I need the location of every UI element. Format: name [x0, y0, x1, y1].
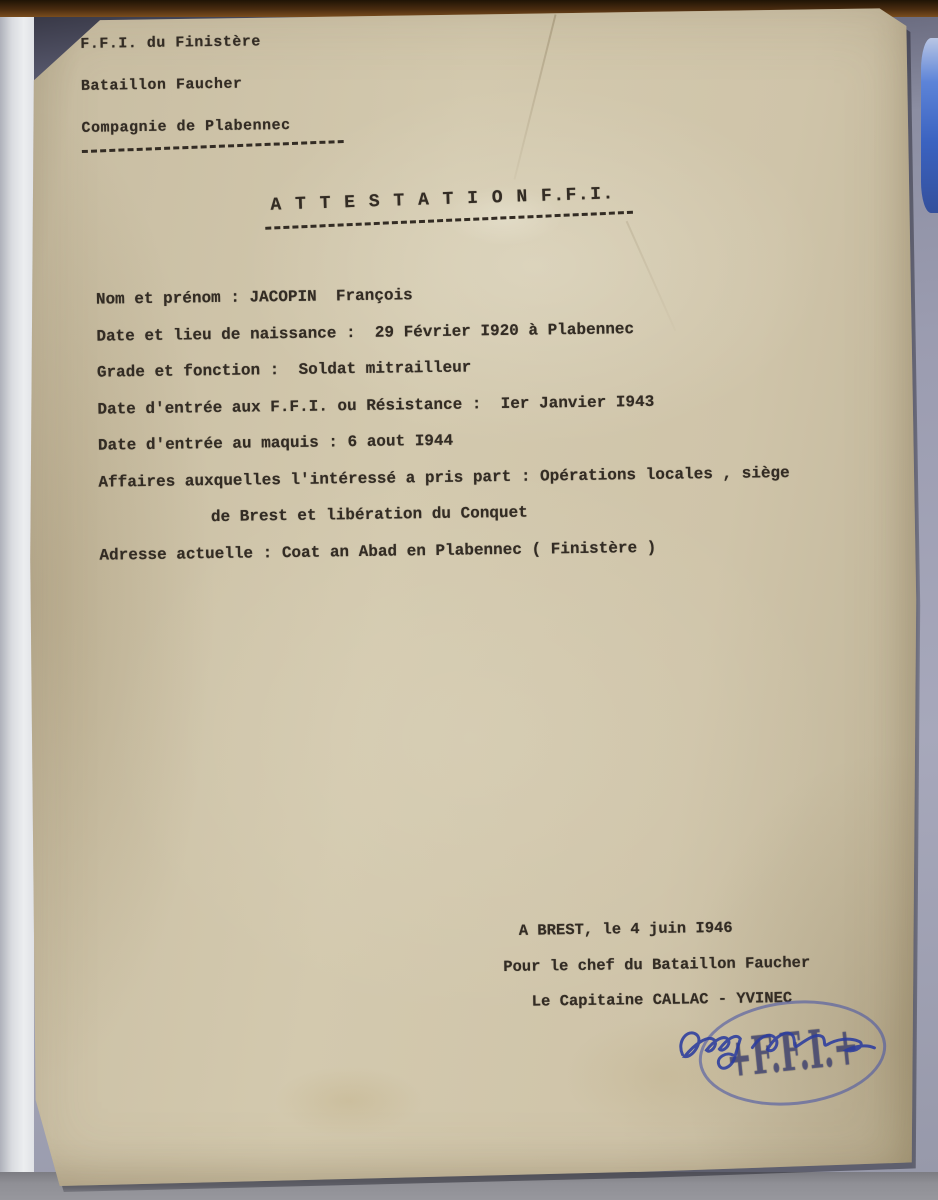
field-operations-continued: de Brest et libération du Conquet	[99, 500, 791, 529]
letterhead-unit: F.F.I. du Finistère	[80, 31, 342, 54]
letterhead-battalion: Bataillon Faucher	[81, 73, 343, 96]
field-maquis-entry-date: Date d'entrée au maquis : 6 aout I944	[98, 427, 790, 456]
signature	[668, 1003, 909, 1090]
field-name: Nom et prénom : JACOPIN François	[96, 281, 788, 310]
field-birth: Date et lieu de naissance : 29 Février I…	[96, 318, 788, 347]
letterhead-underline	[82, 140, 344, 153]
photographed-document-scene: F.F.I. du Finistère Bataillon Faucher Co…	[0, 0, 938, 1200]
background-left-paper-edge	[0, 0, 34, 1200]
field-rank: Grade et fonction : Soldat mitrailleur	[97, 354, 789, 383]
field-operations: Affaires auxquelles l'intéressé a pris p…	[98, 464, 790, 493]
letterhead-company: Compagnie de Plabennec	[81, 115, 343, 138]
field-current-address: Adresse actuelle : Coat an Abad en Plabe…	[99, 536, 791, 565]
attestation-fields: Nom et prénom : JACOPIN François Date et…	[96, 281, 791, 583]
document-title-text: A T T E S T A T I O N F.F.I.	[270, 184, 632, 216]
closing-on-behalf: Pour le chef du Bataillon Faucher	[503, 953, 810, 976]
document-page: F.F.I. du Finistère Bataillon Faucher Co…	[24, 6, 918, 1186]
blue-object-top-right	[921, 38, 938, 213]
document-title: A T T E S T A T I O N F.F.I.	[270, 184, 633, 228]
closing-place-date: A BREST, le 4 juin I946	[519, 918, 810, 941]
letterhead: F.F.I. du Finistère Bataillon Faucher Co…	[80, 31, 344, 150]
field-ffi-entry-date: Date d'entrée aux F.F.I. ou Résistance :…	[97, 391, 789, 420]
typewritten-content: F.F.I. du Finistère Bataillon Faucher Co…	[20, 0, 930, 1188]
